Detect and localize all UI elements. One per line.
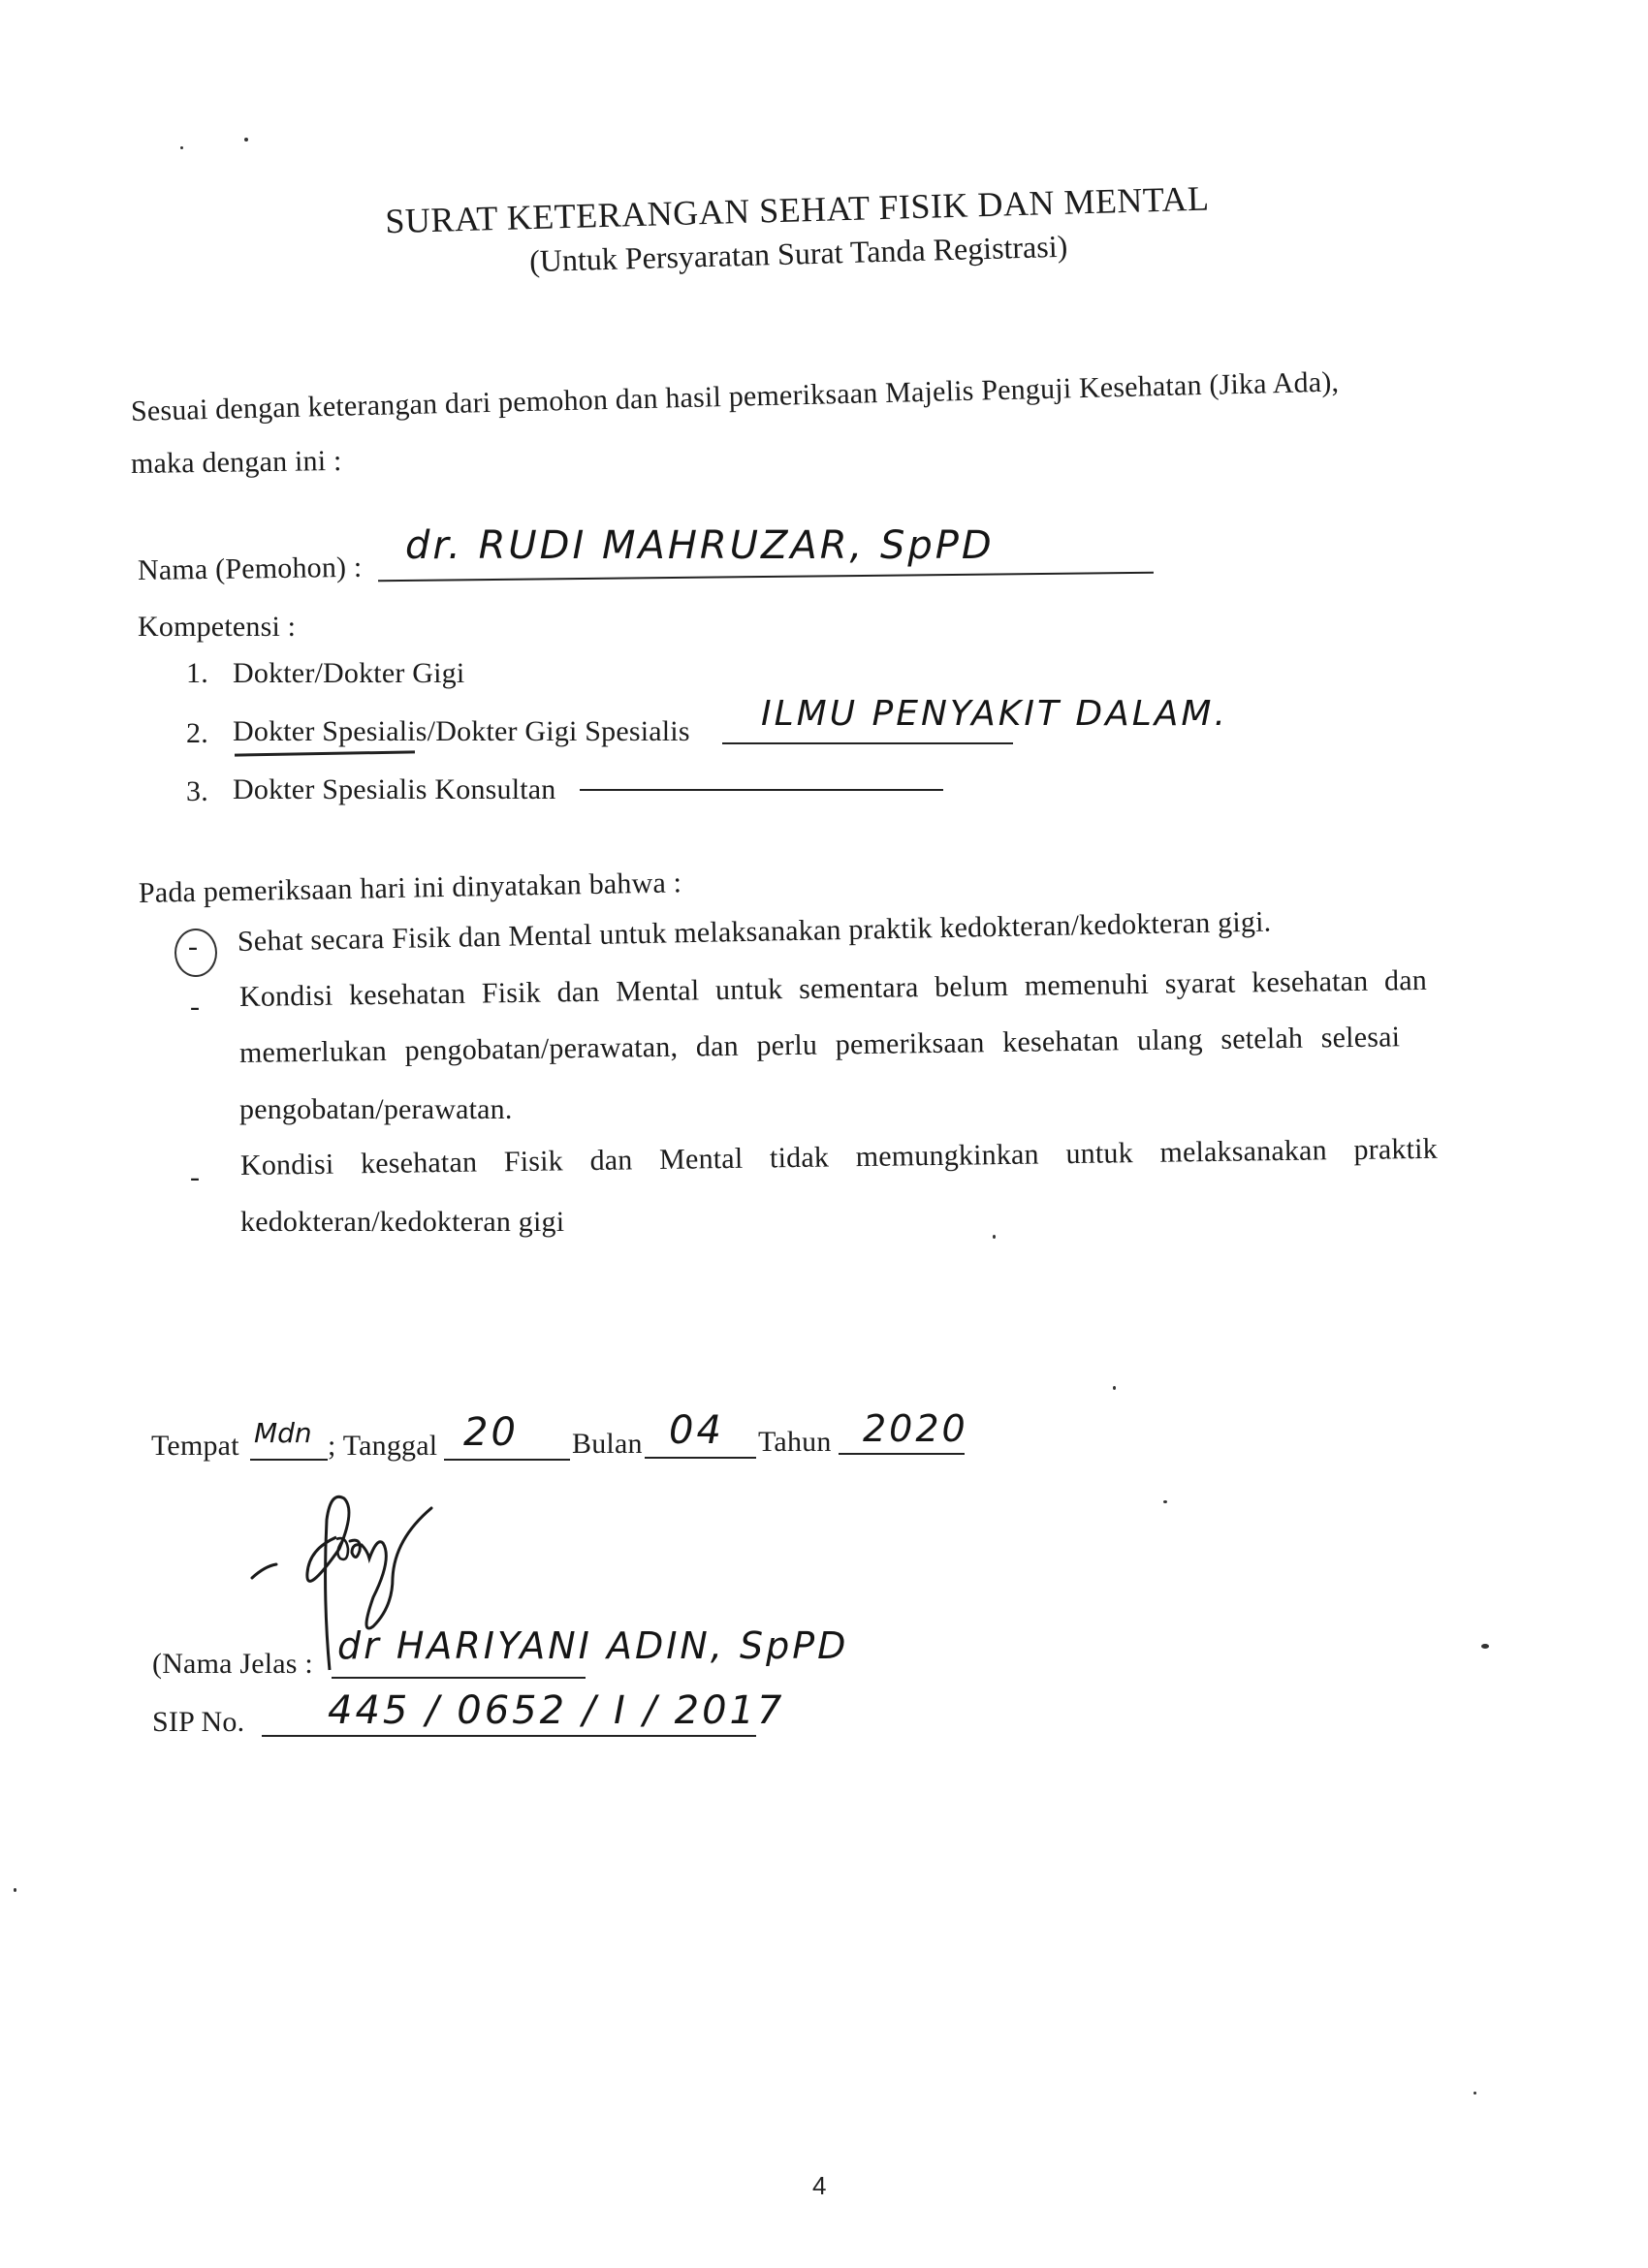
page-number: 4 (812, 2171, 826, 2201)
applicant-label: Nama (Pemohon) : (138, 551, 363, 587)
competency-2-label: Dokter Spesialis/Dokter Gigi Spesialis (233, 715, 690, 748)
findings-label: Pada pemeriksaan hari ini dinyatakan bah… (139, 866, 682, 910)
sip-number-field[interactable]: 445 / 0652 / I / 2017 (328, 1688, 784, 1733)
scanned-document-page: SURAT KETERANGAN SEHAT FISIK DAN MENTAL … (0, 0, 1648, 2268)
option-3-line-1: Kondisi kesehatan Fisik dan Mental tidak… (240, 1133, 1438, 1182)
date-field[interactable]: 20 (463, 1410, 519, 1455)
competency-3-number: 3. (186, 775, 208, 808)
option-3-line-2: kedokteran/kedokteran gigi (240, 1206, 564, 1239)
competency-2-number: 2. (186, 717, 208, 750)
sip-underline (262, 1735, 756, 1737)
option-1-line-1: Sehat secara Fisik dan Mental untuk mela… (238, 906, 1272, 959)
year-field[interactable]: 2020 (863, 1407, 968, 1450)
signatory-name-label: (Nama Jelas : (152, 1648, 313, 1681)
intro-line-2: maka dengan ini : (131, 445, 342, 481)
competency-3-label: Dokter Spesialis Konsultan (233, 773, 556, 806)
option-2-line-2: memerlukan pengobatan/perawatan, dan per… (239, 1021, 1401, 1070)
competency-2-underline (722, 742, 1013, 744)
year-underline (839, 1453, 965, 1455)
competency-2-specialty-field[interactable]: ILMU PENYAKIT DALAM. (761, 694, 1228, 734)
competency-3-underline (580, 789, 943, 791)
applicant-underline (378, 572, 1154, 582)
competency-2-selection-underline (235, 750, 415, 756)
competency-1-label: Dokter/Dokter Gigi (233, 657, 464, 690)
title-block: SURAT KETERANGAN SEHAT FISIK DAN MENTAL … (361, 177, 1235, 284)
signatory-name-field[interactable]: dr HARIYANI ADIN, SpPD (337, 1624, 848, 1667)
applicant-name-field[interactable]: dr. RUDI MAHRUZAR, SpPD (405, 523, 995, 568)
option-1-marker[interactable]: - (188, 930, 198, 963)
place-underline (250, 1459, 328, 1461)
option-2-line-3: pengobatan/perawatan. (239, 1093, 513, 1126)
place-field[interactable]: Mdn (254, 1417, 312, 1449)
month-label: Bulan (572, 1428, 643, 1461)
date-label: ; Tanggal (328, 1430, 437, 1463)
option-2-line-1: Kondisi kesehatan Fisik dan Mental untuk… (239, 964, 1427, 1014)
month-field[interactable]: 04 (669, 1408, 724, 1453)
competency-1-number: 1. (186, 657, 208, 690)
sip-label: SIP No. (152, 1706, 244, 1739)
place-label: Tempat (151, 1430, 239, 1463)
competency-label: Kompetensi : (138, 611, 296, 644)
year-label: Tahun (758, 1426, 832, 1459)
option-3-marker[interactable]: - (190, 1161, 200, 1194)
month-underline (645, 1457, 756, 1459)
intro-line-1: Sesuai dengan keterangan dari pemohon da… (131, 366, 1340, 428)
signatory-name-underline (332, 1677, 586, 1679)
date-underline (444, 1459, 570, 1461)
option-2-marker[interactable]: - (190, 991, 200, 1024)
